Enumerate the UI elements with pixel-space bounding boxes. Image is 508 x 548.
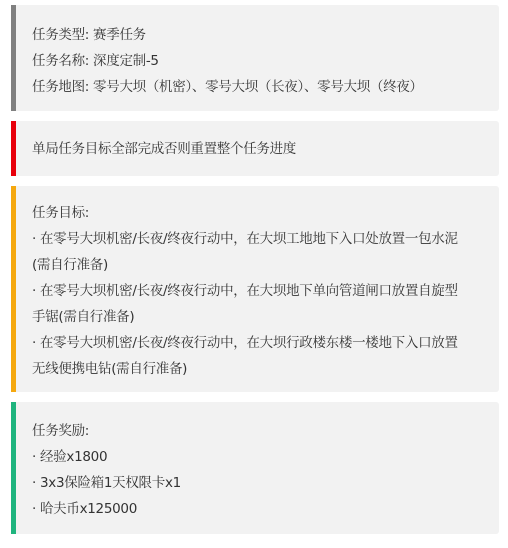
rewards-accent-bar [11, 402, 16, 534]
objective-item: · 在零号大坝机密/长夜/终夜行动中，在大坝地下单向管道闸口放置自旋型 手锯(需… [32, 278, 489, 330]
task-name: 任务名称: 深度定制-5 [32, 48, 489, 74]
task-info-box: 任务类型: 赛季任务 任务名称: 深度定制-5 任务地图: 零号大坝（机密）、零… [11, 5, 499, 111]
reward-item: · 哈夫币x125000 [32, 496, 489, 522]
objective-line: 手锯(需自行准备) [32, 304, 489, 330]
objectives-accent-bar [11, 186, 16, 392]
objective-line: · 在零号大坝机密/长夜/终夜行动中，在大坝行政楼东楼一楼地下入口放置 [32, 330, 489, 356]
info-accent-bar [11, 5, 16, 111]
objective-line: · 在零号大坝机密/长夜/终夜行动中，在大坝地下单向管道闸口放置自旋型 [32, 278, 489, 304]
objectives-heading: 任务目标: [32, 200, 489, 226]
task-map: 任务地图: 零号大坝（机密）、零号大坝（长夜）、零号大坝（终夜） [32, 74, 489, 100]
objective-line: (需自行准备) [32, 252, 489, 278]
reward-item: · 3x3保险箱1天权限卡x1 [32, 470, 489, 496]
rewards-heading: 任务奖励: [32, 418, 489, 444]
reward-item: · 经验x1800 [32, 444, 489, 470]
warning-text: 单局任务目标全部完成否则重置整个任务进度 [32, 136, 489, 162]
objective-line: 无线便携电钻(需自行准备) [32, 356, 489, 382]
objectives-box: 任务目标: · 在零号大坝机密/长夜/终夜行动中，在大坝工地地下入口处放置一包水… [11, 186, 499, 392]
objective-item: · 在零号大坝机密/长夜/终夜行动中，在大坝行政楼东楼一楼地下入口放置 无线便携… [32, 330, 489, 382]
task-type: 任务类型: 赛季任务 [32, 22, 489, 48]
warning-box: 单局任务目标全部完成否则重置整个任务进度 [11, 121, 499, 176]
objective-line: · 在零号大坝机密/长夜/终夜行动中，在大坝工地地下入口处放置一包水泥 [32, 226, 489, 252]
objective-item: · 在零号大坝机密/长夜/终夜行动中，在大坝工地地下入口处放置一包水泥 (需自行… [32, 226, 489, 278]
warning-accent-bar [11, 121, 16, 176]
rewards-box: 任务奖励: · 经验x1800 · 3x3保险箱1天权限卡x1 · 哈夫币x12… [11, 402, 499, 534]
